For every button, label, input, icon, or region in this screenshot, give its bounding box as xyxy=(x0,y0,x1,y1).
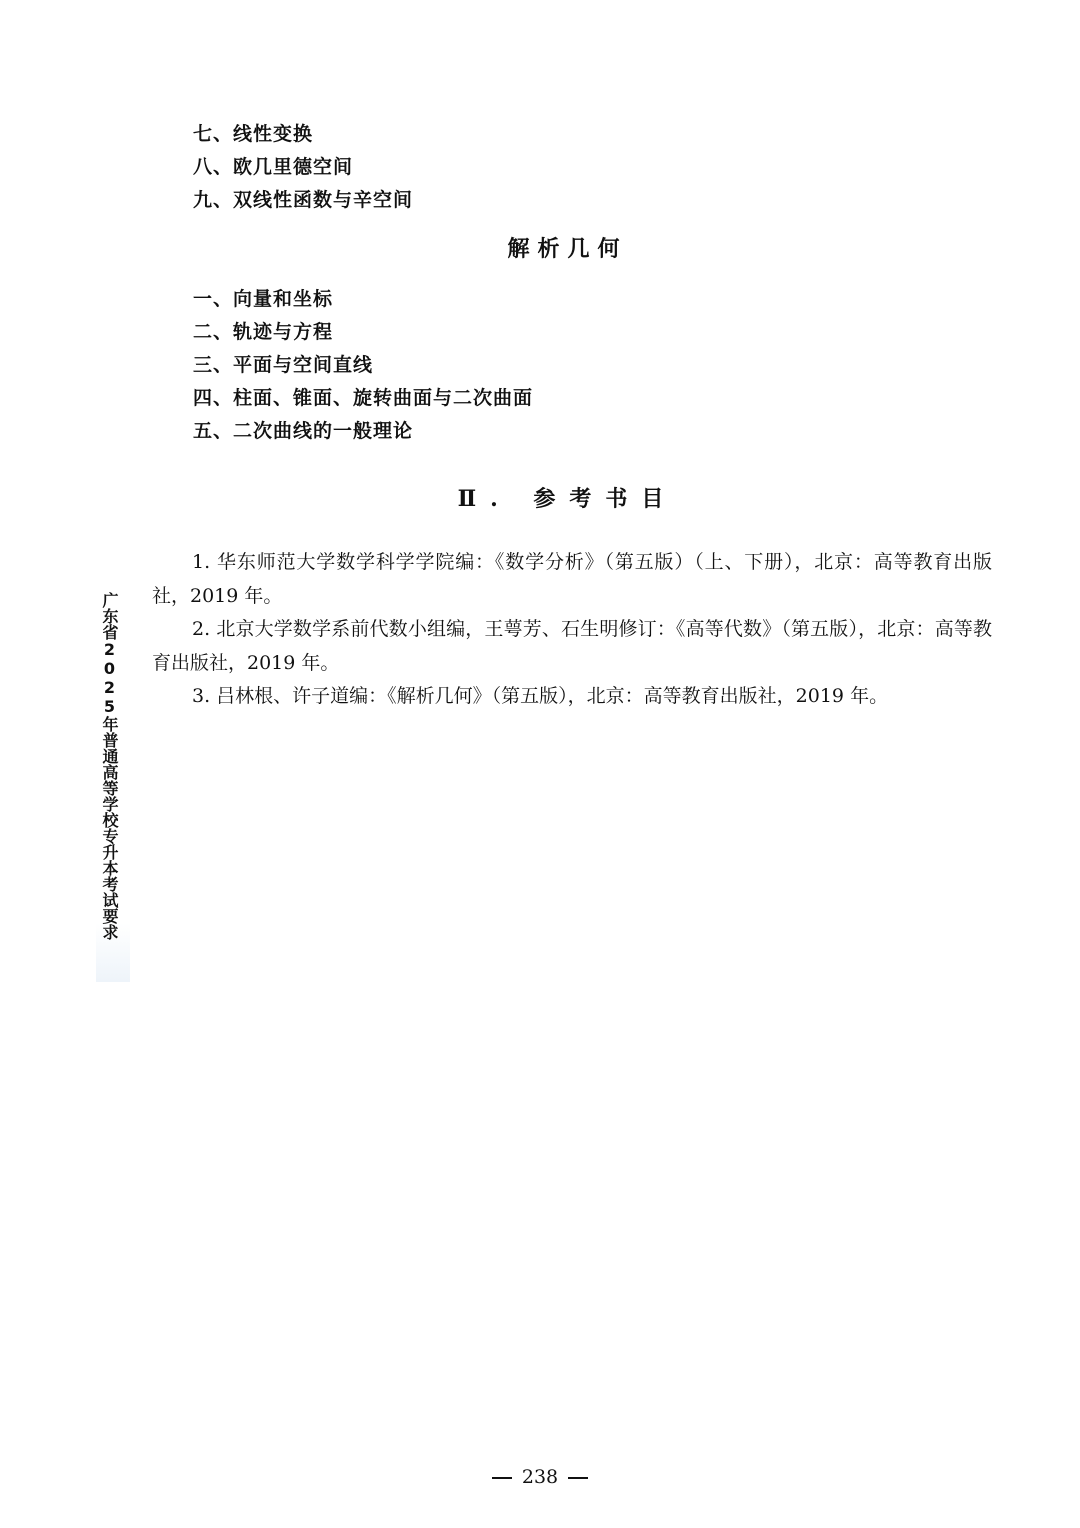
page-number: 238 xyxy=(522,1466,558,1488)
page-footer: 238 xyxy=(0,1466,1080,1488)
topic-item: 四、柱面、锥面、旋转曲面与二次曲面 xyxy=(193,382,533,415)
reference-item: 3. 吕林根、许子道编：《解析几何》（第五版），北京：高等教育出版社，2019 … xyxy=(152,680,992,714)
topic-item: 九、双线性函数与辛空间 xyxy=(193,184,413,217)
analytic-geometry-heading: 解析几何 xyxy=(0,232,1080,263)
references-heading: Ⅱ. 参考书目 xyxy=(0,482,1080,513)
reference-item: 2. 北京大学数学系前代数小组编，王萼芳、石生明修订：《高等代数》（第五版），北… xyxy=(152,613,992,680)
topic-item: 二、轨迹与方程 xyxy=(193,316,533,349)
topic-item: 一、向量和坐标 xyxy=(193,283,533,316)
reference-list: 1. 华东师范大学数学科学学院编：《数学分析》（第五版）（上、下册），北京：高等… xyxy=(152,546,992,714)
side-running-title: 广东省2025年普通高等学校专升本考试要求 xyxy=(96,592,122,940)
analytic-geometry-topic-list: 一、向量和坐标 二、轨迹与方程 三、平面与空间直线 四、柱面、锥面、旋转曲面与二… xyxy=(193,283,533,448)
topic-item: 三、平面与空间直线 xyxy=(193,349,533,382)
topic-item: 七、线性变换 xyxy=(193,118,413,151)
linear-algebra-topic-list: 七、线性变换 八、欧几里德空间 九、双线性函数与辛空间 xyxy=(193,118,413,217)
reference-item: 1. 华东师范大学数学科学学院编：《数学分析》（第五版）（上、下册），北京：高等… xyxy=(152,546,992,613)
topic-item: 八、欧几里德空间 xyxy=(193,151,413,184)
dash-right xyxy=(568,1477,588,1479)
dash-left xyxy=(492,1477,512,1479)
topic-item: 五、二次曲线的一般理论 xyxy=(193,415,533,448)
document-page: 七、线性变换 八、欧几里德空间 九、双线性函数与辛空间 解析几何 一、向量和坐标… xyxy=(0,0,1080,1528)
